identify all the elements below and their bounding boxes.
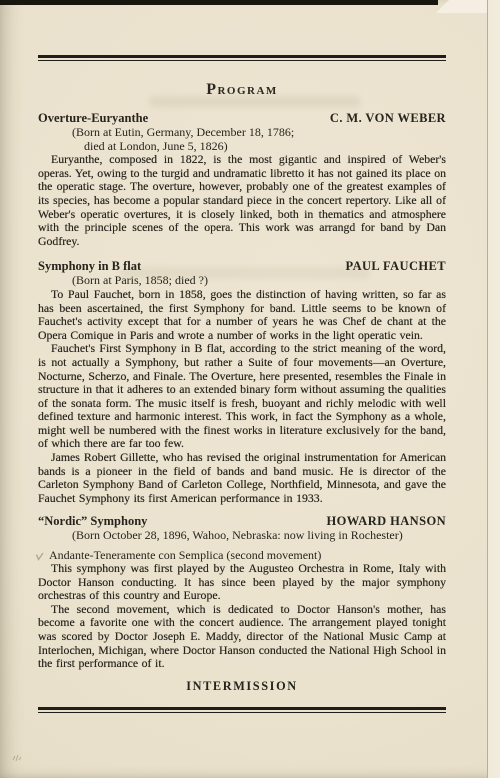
double-rule-bottom	[38, 707, 446, 713]
program-note-paragraph: To Paul Fauchet, born in 1858, goes the …	[38, 288, 446, 342]
page-content: Program Overture-Euryanthe C. M. VON WEB…	[38, 0, 446, 713]
work-section-hanson: “Nordic” Symphony HOWARD HANSON (Born Oc…	[38, 514, 446, 670]
pencil-mark	[12, 750, 24, 768]
work-title: Symphony in B flat	[38, 259, 141, 274]
pencil-check-icon	[35, 550, 44, 564]
intermission-label: INTERMISSION	[38, 679, 446, 694]
work-header: “Nordic” Symphony HOWARD HANSON	[38, 514, 446, 529]
page-title: Program	[38, 81, 446, 99]
work-title: “Nordic” Symphony	[38, 514, 147, 529]
composer-name: C. M. VON WEBER	[330, 111, 446, 126]
page-right-edge	[487, 0, 500, 778]
program-note-paragraph: The second movement, which is dedicated …	[38, 603, 446, 671]
program-note-paragraph: James Robert Gillette, who has revised t…	[38, 451, 446, 505]
double-rule-top	[38, 55, 446, 61]
composer-name: PAUL FAUCHET	[345, 259, 446, 274]
movement-title: Andante-Teneramente con Semplica (second…	[49, 548, 321, 562]
work-section-weber: Overture-Euryanthe C. M. VON WEBER (Born…	[38, 111, 446, 248]
work-header: Overture-Euryanthe C. M. VON WEBER	[38, 111, 446, 126]
born-line: (Born at Paris, 1858; died ?)	[38, 274, 446, 288]
program-page: Program Overture-Euryanthe C. M. VON WEB…	[0, 0, 500, 778]
work-header: Symphony in B flat PAUL FAUCHET	[38, 259, 446, 274]
composer-name: HOWARD HANSON	[327, 514, 446, 529]
movement-line: Andante-Teneramente con Semplica (second…	[38, 548, 446, 562]
program-note-paragraph: Euryanthe, composed in 1822, is the most…	[38, 153, 446, 248]
born-line: (Born at Eutin, Germany, December 18, 17…	[38, 126, 446, 140]
died-line: died at London, June 5, 1826)	[38, 140, 446, 154]
program-note-paragraph: This symphony was first played by the Au…	[38, 562, 446, 603]
born-line: (Born October 28, 1896, Wahoo, Nebraska:…	[38, 529, 446, 543]
work-section-fauchet: Symphony in B flat PAUL FAUCHET (Born at…	[38, 259, 446, 505]
work-title: Overture-Euryanthe	[38, 111, 148, 126]
program-note-paragraph: Fauchet's First Symphony in B flat, acco…	[38, 342, 446, 451]
